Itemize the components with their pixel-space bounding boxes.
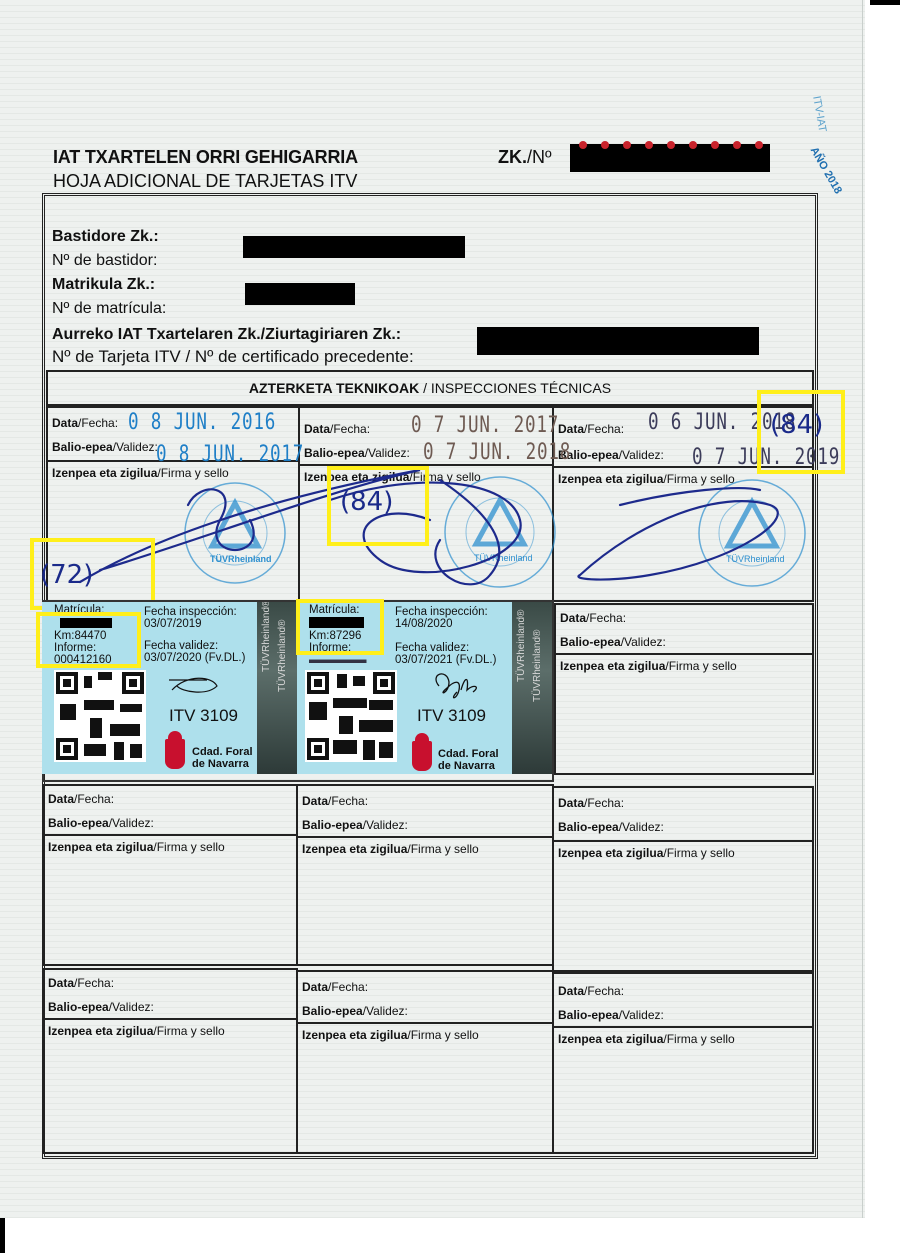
sticker-authority: de Navarra [192,758,249,770]
inspection-cell-12: Data/Fecha: Balio-epea/Validez: Izenpea … [552,972,814,1154]
sticker-station: ITV 3109 [169,706,238,726]
inspection-cell-6: Data/Fecha: Balio-epea/Validez: Izenpea … [554,603,814,775]
sticker-authority: Cdad. Foral [192,746,253,758]
inspection-cell-11: Data/Fecha: Balio-epea/Validez: Izenpea … [296,970,554,1154]
handwritten-note-2: (84) [340,487,393,517]
qr-code [305,670,397,762]
highlight-box [296,599,384,655]
inspection-cell-7: Data/Fecha: Balio-epea/Validez: Izenpea … [42,784,298,966]
sticker-station: ITV 3109 [417,706,486,726]
sticker-inspection-date: 03/07/2019 [144,618,202,630]
sticker-validity-label: Fecha validez: [395,642,469,654]
sticker-inspection-label: Fecha inspección: [395,606,488,618]
highlight-box [36,612,141,668]
handwritten-note-1: (72) [40,560,93,590]
sticker-inspection-label: Fecha inspección: [144,606,237,618]
hologram-strip: TÜVRheinland® TÜVRheinland® [257,602,297,774]
sticker-inspection-date: 14/08/2020 [395,618,453,630]
navarra-shield-icon [165,739,185,769]
sticker-validity-label: Fecha validez: [144,640,218,652]
sticker-authority: de Navarra [438,760,495,772]
sticker-signature [167,670,227,700]
sticker-report-value-obscured: ▬▬▬▬▬ [309,654,367,666]
inspection-cell-10: Data/Fecha: Balio-epea/Validez: Izenpea … [42,968,298,1154]
scan-border [0,1218,5,1253]
inspection-cell-9: Data/Fecha: Balio-epea/Validez: Izenpea … [552,786,814,972]
inspection-cell-8: Data/Fecha: Balio-epea/Validez: Izenpea … [296,784,554,966]
handwritten-note-3: (84) [770,410,823,440]
sticker-validity-date: 03/07/2021 (Fv.DL.) [395,654,496,666]
navarra-shield-icon [412,741,432,771]
sticker-signature [427,666,487,702]
sticker-validity-date: 03/07/2020 (Fv.DL.) [144,652,245,664]
sticker-authority: Cdad. Foral [438,748,499,760]
qr-code [54,670,146,762]
hologram-strip: TÜVRheinland® TÜVRheinland® [512,602,552,774]
signature-scribble [0,0,900,620]
